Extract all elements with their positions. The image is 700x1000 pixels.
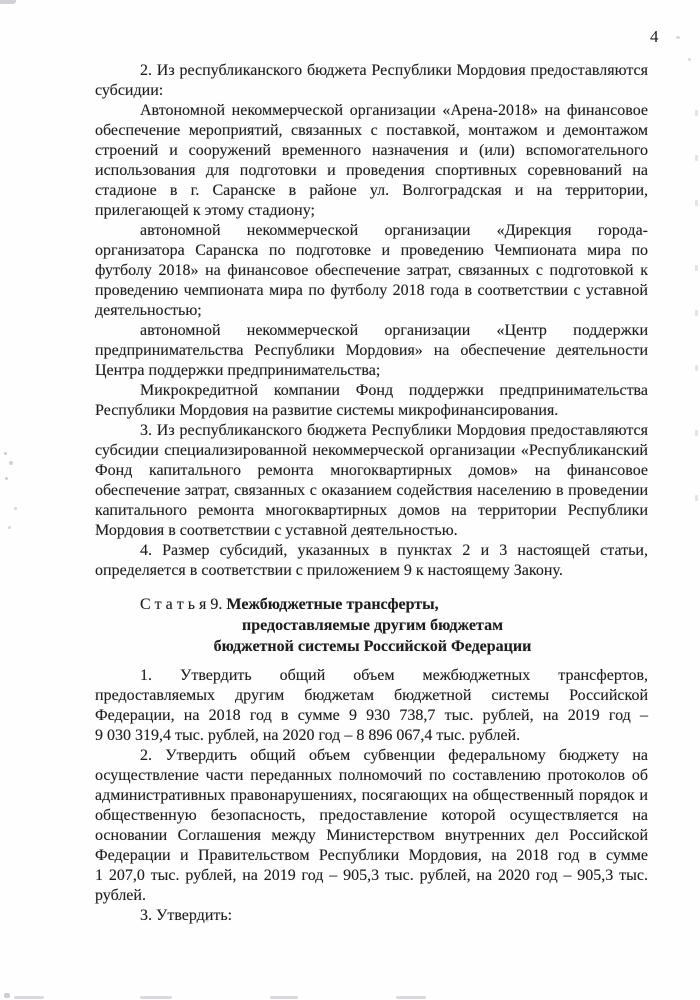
scan-artifact-edge-dash bbox=[695, 495, 698, 501]
paragraph-9-3: 3. Утвердить: bbox=[95, 906, 648, 926]
document-body: 2. Из республиканского бюджета Республик… bbox=[95, 61, 648, 926]
paragraph-9-2: 2. Утвердить общий объем субвенции федер… bbox=[95, 746, 648, 906]
paragraph-item-4: 4. Размер субсидий, указанных в пунктах … bbox=[95, 541, 648, 581]
scan-artifact-speck bbox=[676, 36, 680, 39]
scan-artifact-edge-dash bbox=[695, 110, 698, 116]
paragraph-direkciya: автономной некоммерческой организации «Д… bbox=[95, 221, 648, 321]
article-9-title-line-1: Межбюджетные трансферты, bbox=[226, 596, 438, 613]
article-9-label: С т а т ь я 9. bbox=[140, 596, 222, 613]
scan-artifact-edge-dash bbox=[695, 265, 698, 271]
paragraph-centr-podderzhki: автономной некоммерческой организации «Ц… bbox=[95, 321, 648, 381]
article-9-heading-line-1: С т а т ь я 9. Межбюджетные трансферты, bbox=[140, 594, 605, 615]
scanned-document-page: 4 2. Из республиканского бюджета Республ… bbox=[0, 0, 700, 1000]
scan-artifact-edge-dash bbox=[695, 155, 698, 161]
paragraph-item-3: 3. Из республиканского бюджета Республик… bbox=[95, 421, 648, 541]
scan-artifact-corner-smudge bbox=[0, 0, 16, 4]
scan-artifact-speck bbox=[9, 461, 13, 465]
paragraph-item-2-intro: 2. Из республиканского бюджета Республик… bbox=[95, 61, 648, 101]
scan-artifact-bottom-smudge bbox=[4, 993, 10, 998]
article-9-heading: С т а т ь я 9. Межбюджетные трансферты, … bbox=[140, 594, 605, 657]
scan-artifact-edge-dash bbox=[695, 365, 698, 371]
scan-artifact-speck bbox=[8, 526, 11, 529]
scan-artifact-speck bbox=[5, 477, 8, 480]
scan-artifact-speck bbox=[14, 507, 17, 510]
paragraph-9-1: 1. Утвердить общий объем межбюджетных тр… bbox=[95, 666, 648, 746]
scan-artifact-bottom-smudge bbox=[14, 996, 44, 999]
scan-artifact-edge-dash bbox=[695, 310, 698, 316]
scan-artifact-speck bbox=[688, 58, 691, 61]
scan-artifact-edge-dash bbox=[695, 200, 698, 206]
scan-artifact-bottom-smudge bbox=[270, 996, 298, 999]
article-9-title-line-3: бюджетной системы Российской Федерации bbox=[140, 636, 605, 657]
scan-artifact-speck bbox=[4, 452, 7, 455]
scan-artifact-bottom-smudge bbox=[140, 996, 172, 999]
scan-artifact-bottom-smudge bbox=[396, 996, 426, 999]
page-number: 4 bbox=[650, 27, 659, 47]
paragraph-arena-2018: Автономной некоммерческой организации «А… bbox=[95, 101, 648, 221]
scan-artifact-edge-dash bbox=[695, 430, 698, 436]
article-9-title-line-2: предоставляемые другим бюджетам bbox=[140, 615, 605, 636]
paragraph-mikrokreditnaya: Микрокредитной компании Фонд поддержки п… bbox=[95, 381, 648, 421]
